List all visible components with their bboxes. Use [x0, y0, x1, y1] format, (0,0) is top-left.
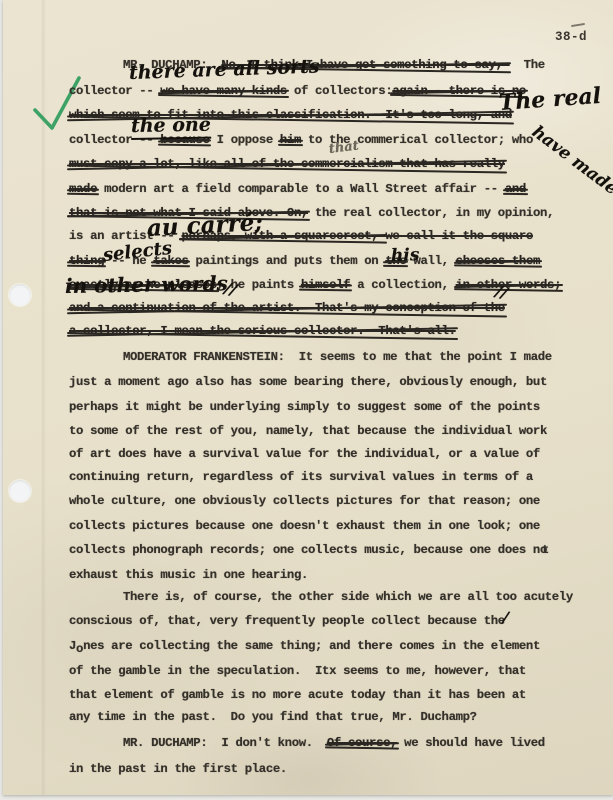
- text-segment: collector --: [69, 84, 160, 98]
- typed-line: that element of gamble is no more acute …: [69, 688, 597, 709]
- text-segment: ot: [540, 543, 549, 557]
- text-segment: and: [505, 182, 526, 196]
- text-segment: just a moment ago also has some bearing …: [69, 375, 547, 389]
- text-segment: of the gamble in the speculation. Itx se…: [69, 664, 526, 678]
- text-segment: continuing return, regardless of its sur…: [69, 470, 533, 484]
- text-segment: whole culture, one obviously collects pi…: [69, 494, 540, 508]
- text-segment: modern art a field comparable to a Wall …: [97, 182, 505, 196]
- text-segment: we should have lived: [397, 736, 545, 750]
- text-segment: I oppose: [210, 133, 280, 147]
- text-segment: nes are collecting the same thing; and t…: [83, 639, 540, 653]
- typed-line: exhaust this music in one hearing.: [69, 568, 597, 589]
- text-segment: o: [76, 642, 83, 656]
- typed-line: MODERATOR FRANKENSTEIN: It seems to me t…: [69, 350, 597, 371]
- text-segment: that element of gamble is no more acute …: [69, 688, 526, 702]
- typed-line: conscious of, that, very frequently peop…: [69, 614, 597, 635]
- handwritten-note-his: his: [391, 245, 420, 266]
- text-segment: made: [69, 182, 97, 196]
- page-number: 38-d: [555, 30, 587, 44]
- hole-punch-bottom: [9, 480, 31, 502]
- text-segment: perhaps it might be underlying simply to…: [69, 400, 540, 414]
- typed-line: MR. DUCHAMP: I don't know. Of course, we…: [69, 736, 597, 757]
- text-segment: Of course,: [327, 736, 397, 750]
- text-segment: conscious of, that, very frequently peop…: [69, 614, 505, 628]
- text-segment: in the past in the first place.: [69, 762, 287, 776]
- handwritten-note-in-other-words: in other words: [65, 271, 228, 298]
- text-segment: we have many kinds: [160, 84, 287, 98]
- text-segment: thing: [69, 254, 104, 268]
- typed-line: in the past in the first place.: [69, 762, 597, 783]
- text-segment: himself: [301, 278, 350, 292]
- text-segment: the real collector, in my opinion,: [308, 206, 554, 220]
- text-segment: must copy a lot, like all of the commerc…: [69, 157, 505, 171]
- text-segment: J: [69, 639, 76, 653]
- text-segment: collects phonograph records; one collect…: [69, 543, 540, 557]
- typed-line: any time in the past. Do you find that t…: [69, 710, 597, 731]
- pencil-mark: [571, 23, 585, 27]
- text-segment: him: [280, 133, 301, 147]
- typed-line: collects phonograph records; one collect…: [69, 543, 597, 564]
- scanned-manuscript: 38-d MR. DUCHAMP: No, I think I have got…: [0, 0, 613, 800]
- handwritten-note-that-insert: that: [328, 138, 359, 157]
- text-segment: of art does have a survival value for th…: [69, 447, 540, 461]
- text-segment: exhaust this music in one hearing.: [69, 568, 308, 582]
- text-segment: chooses them: [456, 254, 540, 268]
- text-segment: There is, of course, the other side whic…: [123, 590, 573, 604]
- typed-line: Jones are collecting the same thing; and…: [69, 639, 597, 660]
- text-segment: to some of the rest of you, namely, that…: [69, 424, 547, 438]
- typed-line: of the gamble in the speculation. Itx se…: [69, 664, 597, 685]
- typed-line: a collector, I mean the serious collecto…: [69, 324, 597, 345]
- typed-line: There is, of course, the other side whic…: [69, 590, 597, 611]
- typed-line: made modern art a field comparable to a …: [69, 182, 597, 203]
- typed-line: whole culture, one obviously collects pi…: [69, 494, 597, 515]
- text-segment: a collection,: [350, 278, 455, 292]
- manuscript-page: 38-d MR. DUCHAMP: No, I think I have got…: [3, 0, 613, 795]
- handwritten-note-the-one: the one: [131, 114, 211, 140]
- text-segment: we call it the square: [385, 229, 533, 243]
- hole-punch-top: [9, 284, 31, 306]
- text-segment: any time in the past. Do you find that t…: [69, 710, 477, 724]
- typed-line: collects pictures because one doesn't ex…: [69, 519, 597, 540]
- text-segment: MR. DUCHAMP: I don't know.: [123, 736, 327, 750]
- text-segment: collects pictures because one doesn't ex…: [69, 519, 540, 533]
- typed-line: to some of the rest of you, namely, that…: [69, 424, 597, 445]
- text-segment: paintings and puts them on: [189, 254, 386, 268]
- typed-line: must copy a lot, like all of the commerc…: [69, 157, 597, 178]
- text-segment: of collectors:: [287, 84, 392, 98]
- typed-line: continuing return, regardless of its sur…: [69, 470, 597, 491]
- text-segment: The: [510, 58, 545, 72]
- text-segment: and a continuation of the artist. That's…: [69, 301, 505, 315]
- text-segment: a collector, I mean the serious collecto…: [69, 324, 456, 338]
- typed-line: of art does have a survival value for th…: [69, 447, 597, 468]
- typed-line: perhaps it might be underlying simply to…: [69, 400, 597, 421]
- typed-line: just a moment ago also has some bearing …: [69, 375, 597, 396]
- typed-line: and a continuation of the artist. That's…: [69, 301, 597, 322]
- text-segment: MODERATOR FRANKENSTEIN: It seems to me t…: [123, 350, 552, 364]
